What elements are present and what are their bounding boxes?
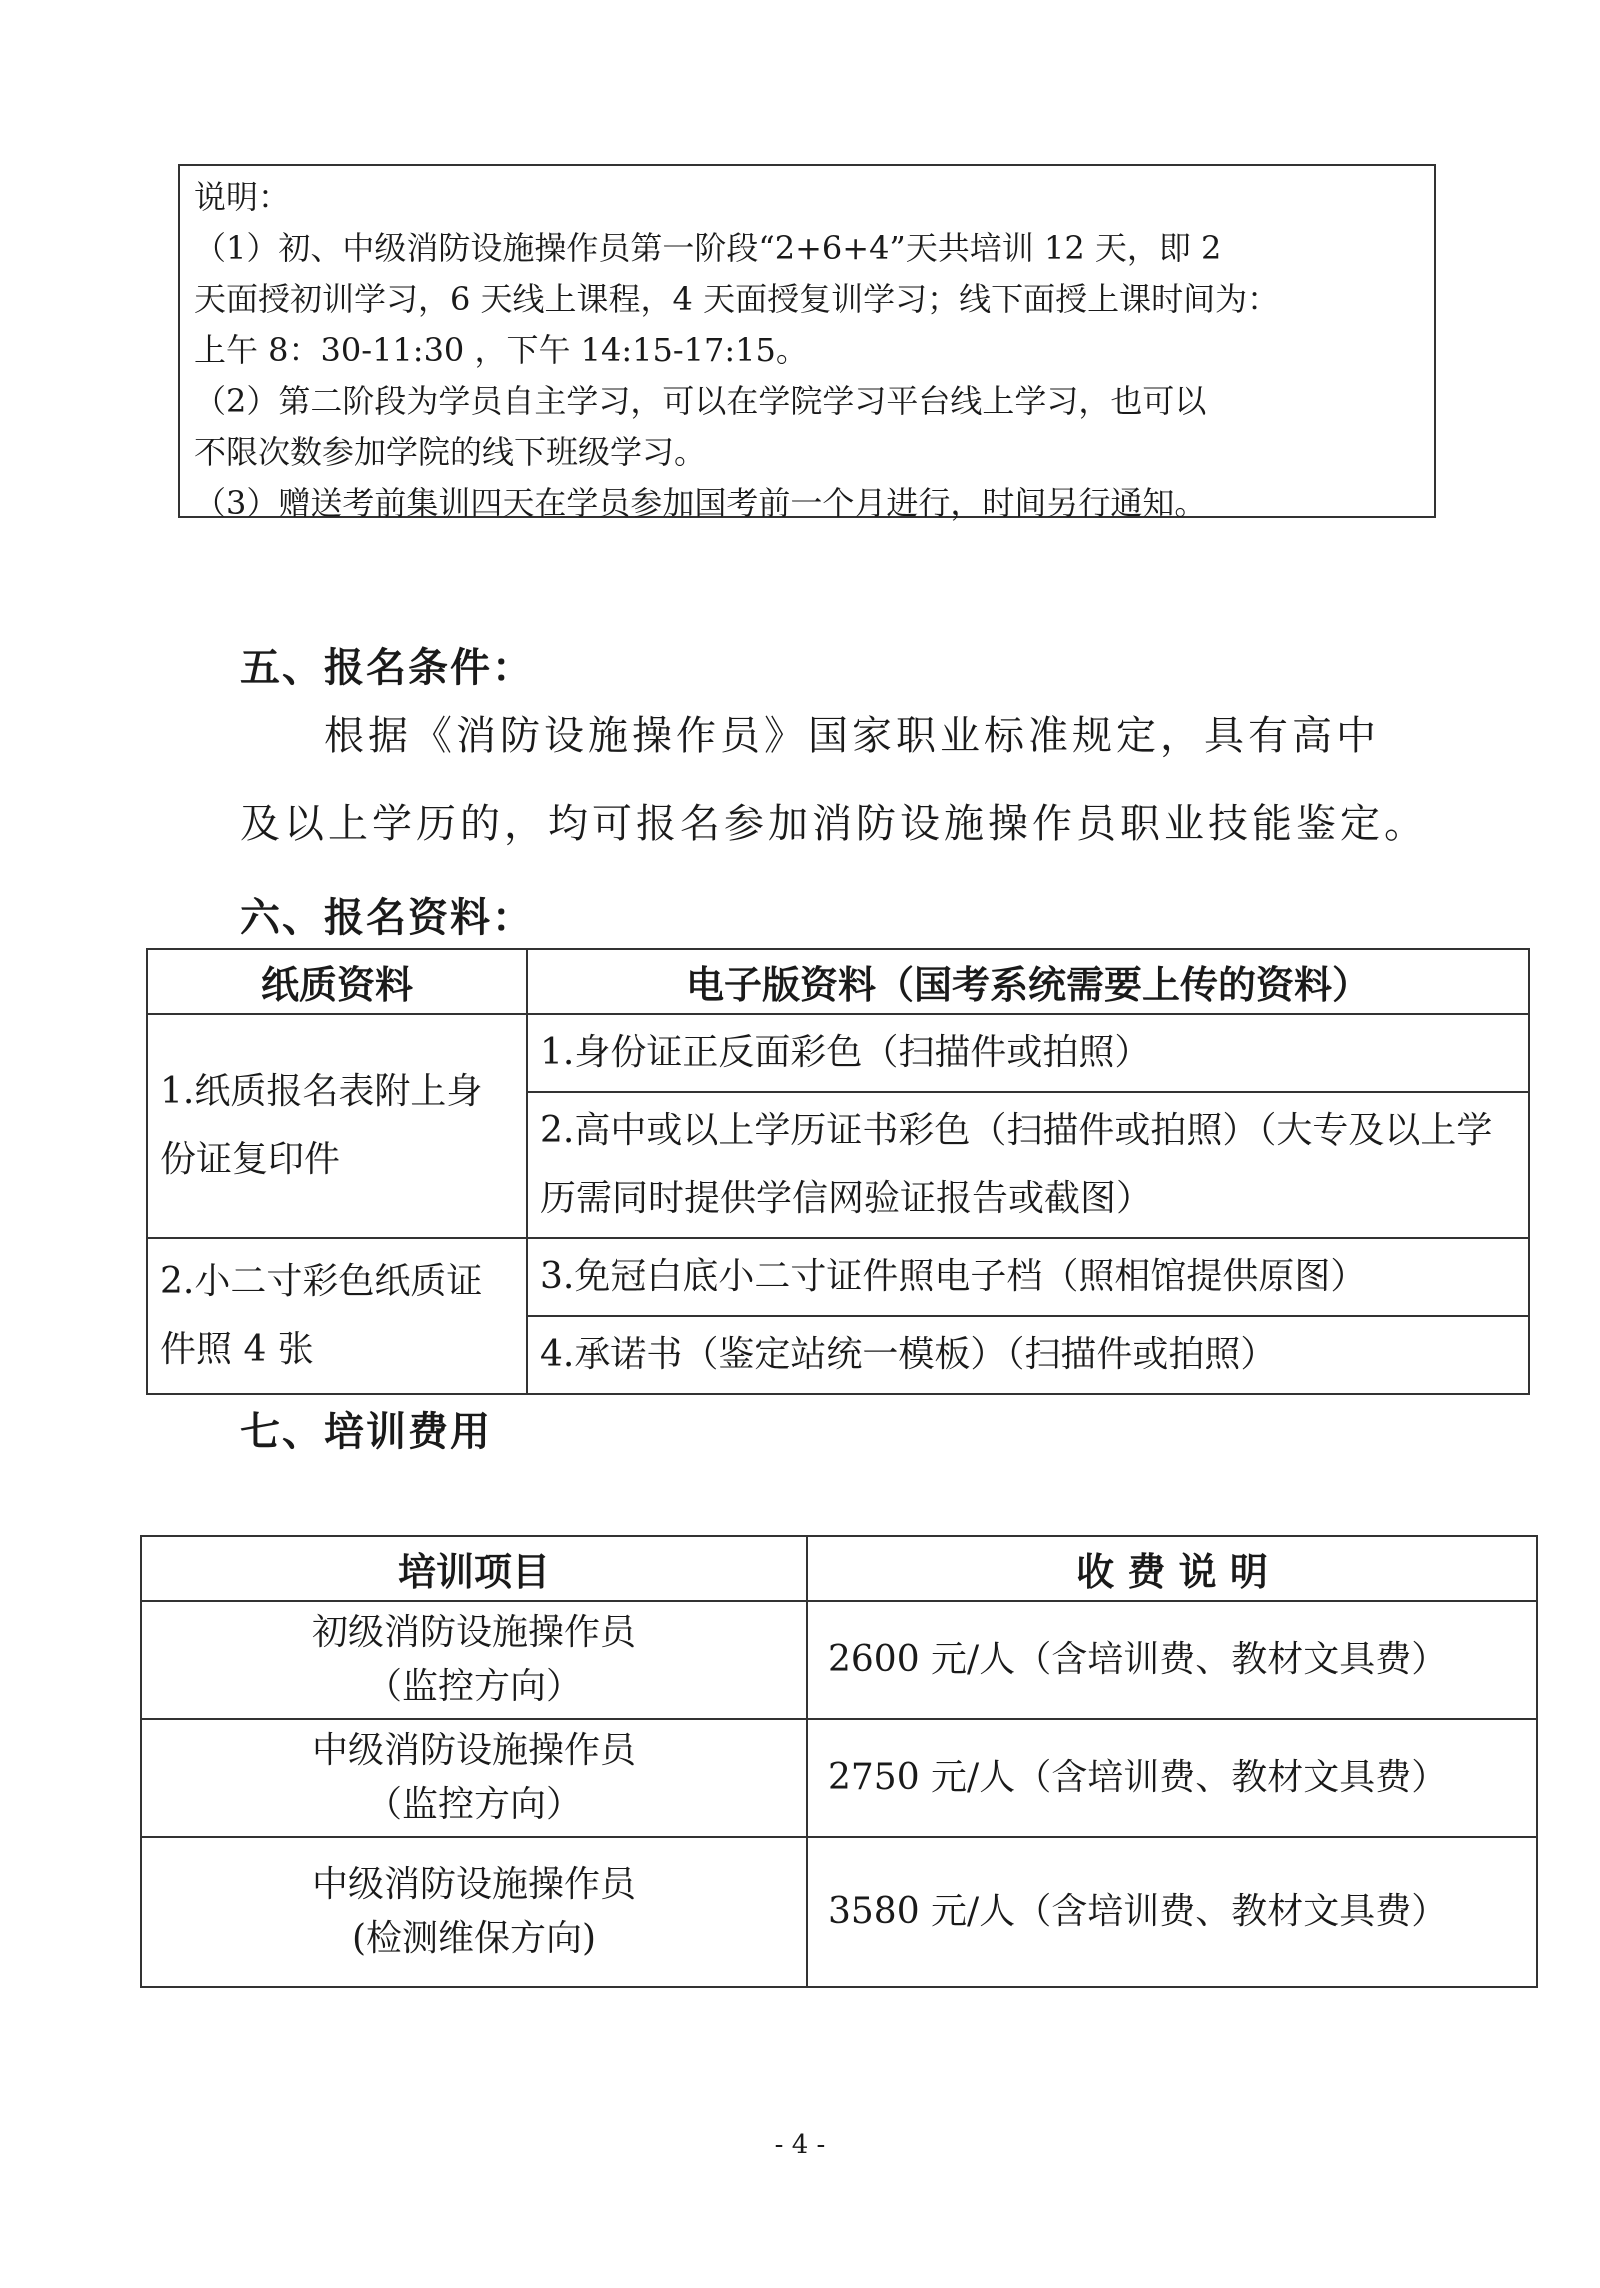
section5-para-line1: 根据《消防设施操作员》国家职业标准规定，具有高中: [324, 704, 1380, 761]
item-cell: 中级消防设施操作员(检测维保方向): [141, 1837, 807, 1987]
table-row: 中级消防设施操作员（监控方向） 2750 元/人（含培训费、教材文具费）: [141, 1719, 1537, 1837]
page-number: - 4 -: [0, 2130, 1600, 2160]
header-fee: 收 费 说 明: [807, 1536, 1537, 1601]
note-line: （3）赠送考前集训四天在学员参加国考前一个月进行，时间另行通知。: [194, 478, 1420, 529]
note-line: 天面授初训学习，6 天线上课程，4 天面授复训学习；线下面授上课时间为：: [194, 274, 1420, 325]
section5-para-line2: 及以上学历的，均可报名参加消防设施操作员职业技能鉴定。: [240, 792, 1428, 849]
item-cell: 初级消防设施操作员（监控方向）: [141, 1601, 807, 1719]
fee-cell: 2600 元/人（含培训费、教材文具费）: [807, 1601, 1537, 1719]
table-row: 初级消防设施操作员（监控方向） 2600 元/人（含培训费、教材文具费）: [141, 1601, 1537, 1719]
paper-item: 2.小二寸彩色纸质证件照 4 张: [147, 1238, 527, 1394]
item-cell: 中级消防设施操作员（监控方向）: [141, 1719, 807, 1837]
electronic-item: 2.高中或以上学历证书彩色（扫描件或拍照）（大专及以上学历需同时提供学信网验证报…: [527, 1092, 1529, 1238]
materials-table: 纸质资料 电子版资料（国考系统需要上传的资料） 1.纸质报名表附上身份证复印件 …: [146, 948, 1530, 1395]
fee-cell: 2750 元/人（含培训费、教材文具费）: [807, 1719, 1537, 1837]
fee-cell: 3580 元/人（含培训费、教材文具费）: [807, 1837, 1537, 1987]
item-line: (检测维保方向): [154, 1912, 794, 1966]
section5-heading: 五、报名条件：: [240, 636, 534, 693]
electronic-item: 3.免冠白底小二寸证件照电子档（照相馆提供原图）: [527, 1238, 1529, 1316]
table-row: 中级消防设施操作员(检测维保方向) 3580 元/人（含培训费、教材文具费）: [141, 1837, 1537, 1987]
section6-heading: 六、报名资料：: [240, 886, 534, 943]
item-line: 中级消防设施操作员: [154, 1724, 794, 1778]
note-line: 不限次数参加学院的线下班级学习。: [194, 427, 1420, 478]
header-electronic: 电子版资料（国考系统需要上传的资料）: [527, 949, 1529, 1014]
header-paper: 纸质资料: [147, 949, 527, 1014]
item-line: 中级消防设施操作员: [154, 1858, 794, 1912]
item-line: 初级消防设施操作员: [154, 1606, 794, 1660]
fees-table: 培训项目 收 费 说 明 初级消防设施操作员（监控方向） 2600 元/人（含培…: [140, 1535, 1538, 1988]
paper-item: 1.纸质报名表附上身份证复印件: [147, 1014, 527, 1238]
note-box: 说明： （1）初、中级消防设施操作员第一阶段“2+6+4”天共培训 12 天，即…: [178, 164, 1436, 518]
electronic-item: 4.承诺书（鉴定站统一模板）（扫描件或拍照）: [527, 1316, 1529, 1394]
item-line: （监控方向）: [154, 1778, 794, 1832]
note-line: （2）第二阶段为学员自主学习，可以在学院学习平台线上学习，也可以: [194, 376, 1420, 427]
electronic-item: 1.身份证正反面彩色（扫描件或拍照）: [527, 1014, 1529, 1092]
note-line: （1）初、中级消防设施操作员第一阶段“2+6+4”天共培训 12 天，即 2: [194, 223, 1420, 274]
section7-heading: 七、培训费用: [240, 1400, 492, 1457]
item-line: （监控方向）: [154, 1660, 794, 1714]
note-line: 上午 8：30-11:30 ，下午 14:15-17:15。: [194, 325, 1420, 376]
note-title: 说明：: [194, 172, 1420, 223]
header-item: 培训项目: [141, 1536, 807, 1601]
